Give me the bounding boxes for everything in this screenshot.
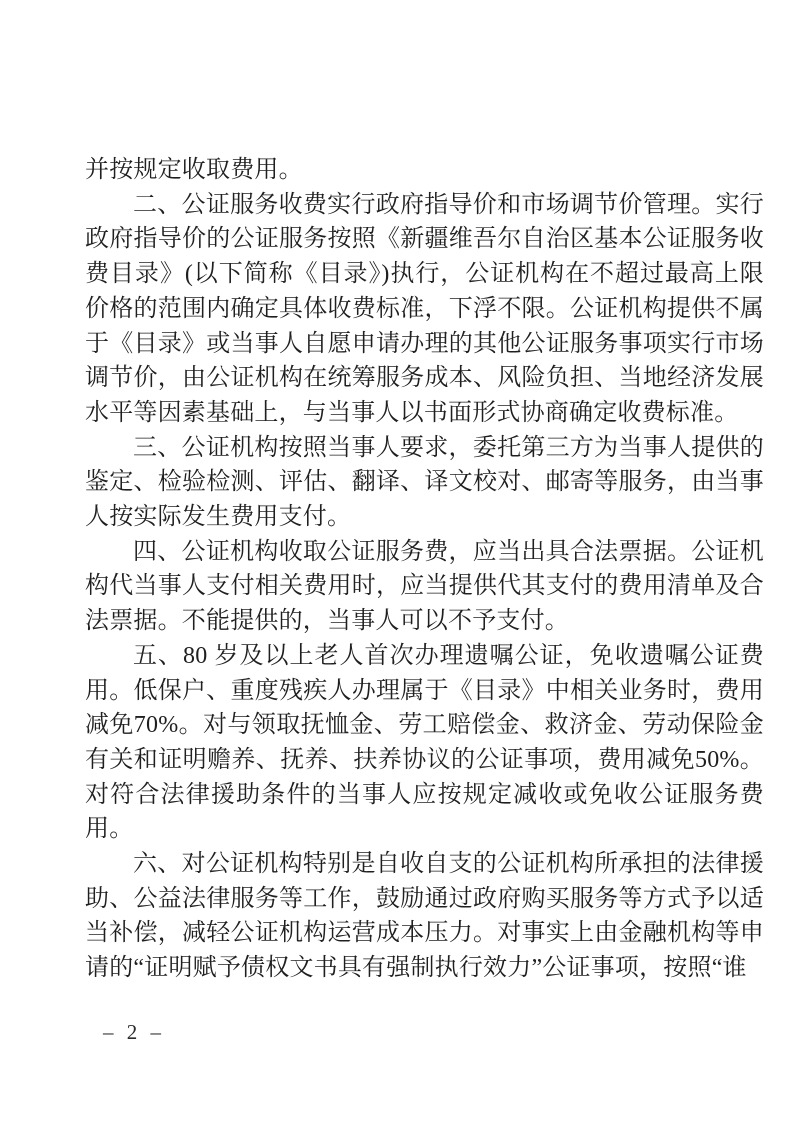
page-number: – 2 –: [103, 1020, 165, 1045]
document-body: 并按规定收取费用。 二、公证服务收费实行政府指导价和市场调节价管理。实行政府指导…: [85, 153, 764, 986]
paragraph-section-4: 四、公证机构收取公证服务费，应当出具合法票据。公证机构代当事人支付相关费用时，应…: [85, 535, 764, 639]
paragraph-section-3: 三、公证机构按照当事人要求，委托第三方为当事人提供的鉴定、检验检测、评估、翻译、…: [85, 431, 764, 535]
paragraph-section-2: 二、公证服务收费实行政府指导价和市场调节价管理。实行政府指导价的公证服务按照《新…: [85, 188, 764, 431]
scanned-document-page: 并按规定收取费用。 二、公证服务收费实行政府指导价和市场调节价管理。实行政府指导…: [0, 0, 793, 1122]
paragraph-section-5: 五、80 岁及以上老人首次办理遗嘱公证，免收遗嘱公证费用。低保户、重度残疾人办理…: [85, 639, 764, 847]
paragraph-section-6: 六、对公证机构特别是自收自支的公证机构所承担的法律援助、公益法律服务等工作，鼓励…: [85, 847, 764, 986]
paragraph-continuation: 并按规定收取费用。: [85, 153, 764, 188]
